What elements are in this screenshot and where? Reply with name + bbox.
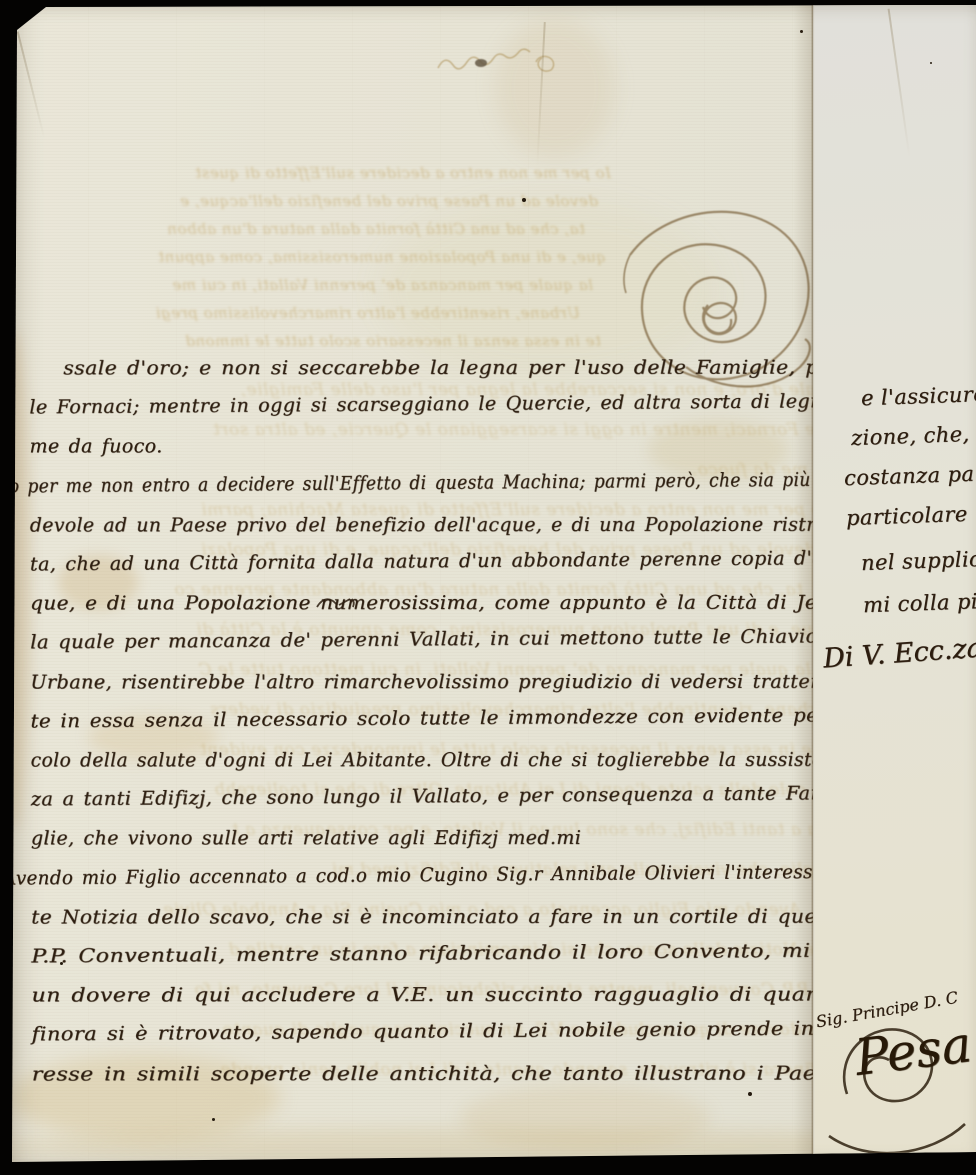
manuscript-line: te in essa senza il necessario scolo tut… xyxy=(30,704,842,732)
manuscript-line: Io per me non entro a decidere sull'Effe… xyxy=(2,468,842,497)
ink-speck xyxy=(60,962,63,965)
manuscript-line: P.P. Conventuali, mentre stanno rifabric… xyxy=(31,940,843,968)
manuscript-line: la quale per mancanza de' perenni Vallat… xyxy=(30,626,842,654)
manuscript-line: ssale d'oro; e non si seccarebbe la legn… xyxy=(63,356,841,379)
facing-page-line: particolare xyxy=(846,502,968,530)
scanner-bed: { "document": { "kind": "Scanned handwri… xyxy=(0,0,976,1175)
manuscript-line: Urbane, risentirebbe l'altro rimarchevol… xyxy=(30,670,842,693)
manuscript-line: Avendo mio Figlio accennato a cod.o mio … xyxy=(3,860,843,889)
facing-page-line: costanza pa xyxy=(844,462,975,491)
center-fold-crease xyxy=(811,0,815,1175)
letter-body-text: ssale d'oro; e non si seccarebbe la legn… xyxy=(0,0,882,1175)
ink-speck xyxy=(522,198,526,202)
manuscript-line: devole ad un Paese privo del benefizio d… xyxy=(30,514,842,537)
facing-page-line: nel supplic xyxy=(861,547,976,575)
manuscript-line: ta, che ad una Città fornita dalla natur… xyxy=(30,547,842,575)
fold-shadow xyxy=(793,0,813,1175)
manuscript-line: glie, che vivono sulle arti relative agl… xyxy=(31,827,581,849)
manuscript-line: me da fuoco. xyxy=(29,436,162,458)
manuscript-line: le Fornaci; mentre in oggi si scarseggia… xyxy=(29,390,841,418)
manuscript-line: colo della salute d'ogni di Lei Abitante… xyxy=(31,749,843,772)
manuscript-line: resse in simili scoperte delle antichità… xyxy=(32,1062,844,1085)
margin-ink-fragment xyxy=(0,416,16,506)
interline-correction-mark xyxy=(314,594,358,614)
facing-page-line: e l'assicuro, xyxy=(861,382,976,411)
ink-speck xyxy=(748,1092,752,1096)
facing-page-line: zione, che, xyxy=(851,422,970,450)
manuscript-line: te Notizia dello scavo, che si è incomin… xyxy=(31,905,843,928)
manuscript-line: un dovere di qui accludere a V.E. un suc… xyxy=(31,984,843,1007)
ink-speck xyxy=(212,1118,215,1121)
facing-page: e l'assicuro,zione, che,costanza paparti… xyxy=(813,0,976,1175)
facing-page-line: mi colla più xyxy=(863,589,976,617)
manuscript-line: za a tanti Edifizj, che sono lungo il Va… xyxy=(31,782,843,810)
letter-paper: Io per me non entro a decidere sull'Effe… xyxy=(0,0,976,1175)
manuscript-line: finora si è ritrovato, sapendo quanto il… xyxy=(31,1018,843,1046)
ink-speck xyxy=(930,62,932,64)
manuscript-line: que, e di una Popolazione numerosissima,… xyxy=(30,592,842,615)
scan-frame: Io per me non entro a decidere sull'Effe… xyxy=(0,0,976,1175)
